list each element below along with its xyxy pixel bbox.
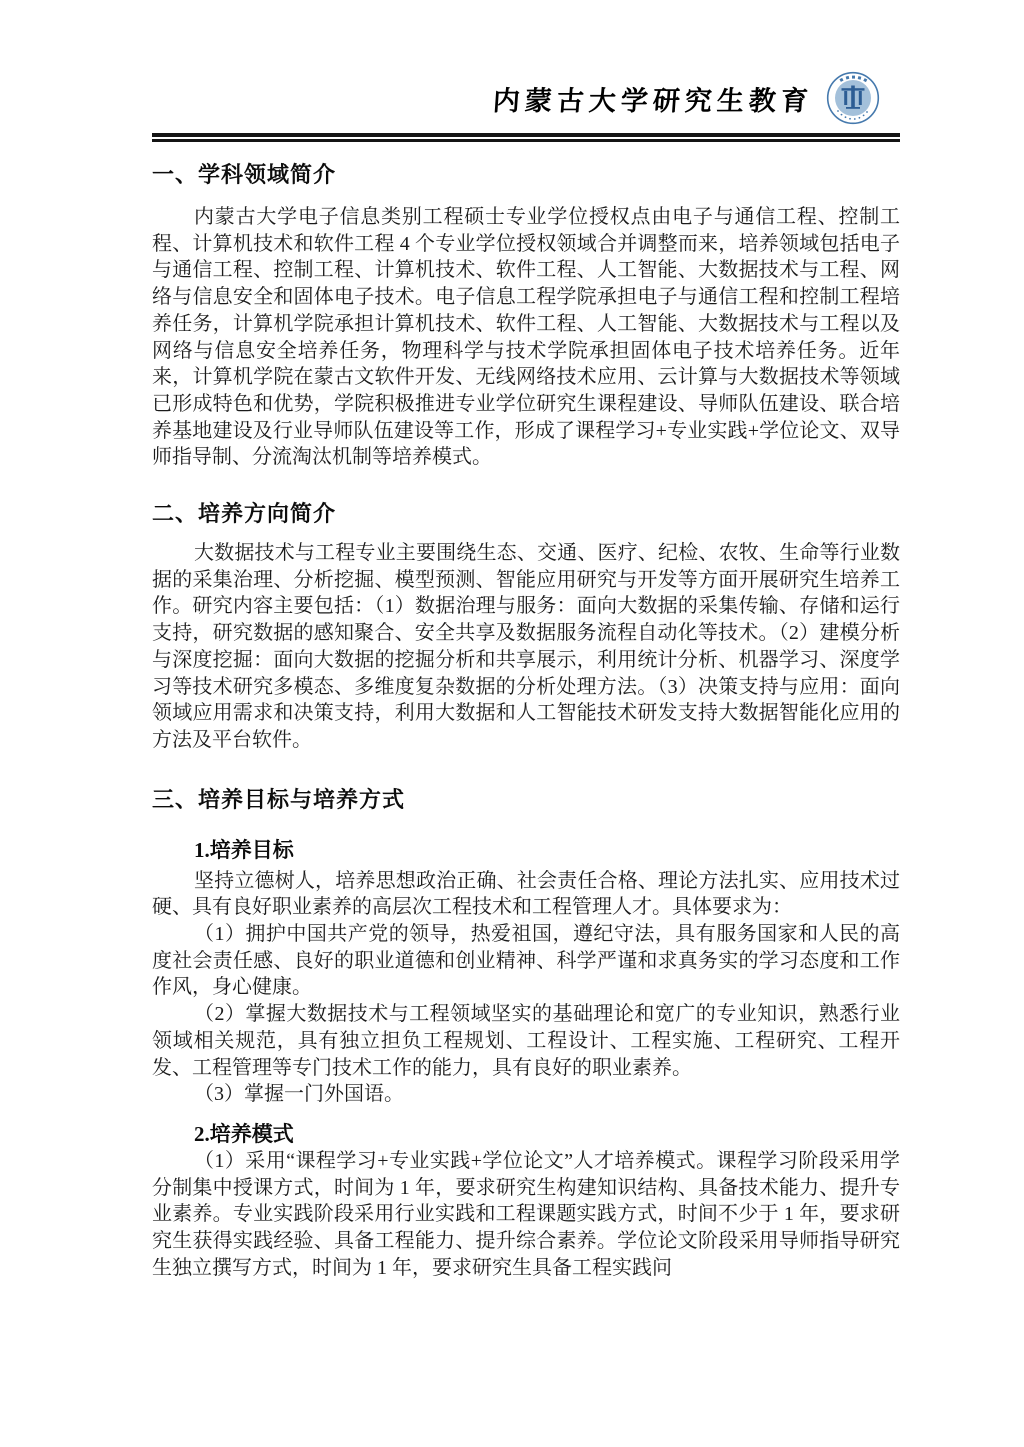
training-goals-item-2: （2）掌握大数据技术与工程领域坚实的基础理论和宽广的专业知识，熟悉行业领域相关规… [152,1001,900,1081]
document-page: 内蒙古大学研究生教育 一、 [0,0,1024,1447]
university-brand-text: 内蒙古大学研究生教育 [492,79,815,118]
section-1-paragraph: 内蒙古大学电子信息类别工程硕士专业学位授权点由电子与通信工程、控制工程、计算机技… [152,204,900,471]
header-divider [152,133,900,142]
document-body: 一、学科领域简介 内蒙古大学电子信息类别工程硕士专业学位授权点由电子与通信工程、… [152,143,900,1282]
section-2-paragraph: 大数据技术与工程专业主要围绕生态、交通、医疗、纪检、农牧、生命等行业数据的采集治… [152,540,900,754]
university-seal-logo [826,71,880,125]
training-goals-item-3: （3）掌握一门外国语。 [152,1081,900,1108]
training-mode-paragraph: （1）采用“课程学习+专业实践+学位论文”人才培养模式。课程学习阶段采用学分制集… [152,1148,900,1282]
section-heading-discipline-overview: 一、学科领域简介 [152,163,900,187]
section-heading-training-direction: 二、培养方向简介 [152,502,900,526]
section-heading-goals-and-methods: 三、培养目标与培养方式 [152,788,900,812]
training-goals-intro-paragraph: 坚持立德树人，培养思想政治正确、社会责任合格、理论方法扎实、应用技术过硬、具有良… [152,868,900,921]
training-goals-item-1: （1）拥护中国共产党的领导，热爱祖国，遵纪守法，具有服务国家和人民的高度社会责任… [152,921,900,1001]
page-header: 内蒙古大学研究生教育 [152,68,900,128]
subsection-heading-training-mode: 2.培养模式 [152,1122,900,1146]
subsection-heading-training-goals: 1.培养目标 [152,838,900,862]
